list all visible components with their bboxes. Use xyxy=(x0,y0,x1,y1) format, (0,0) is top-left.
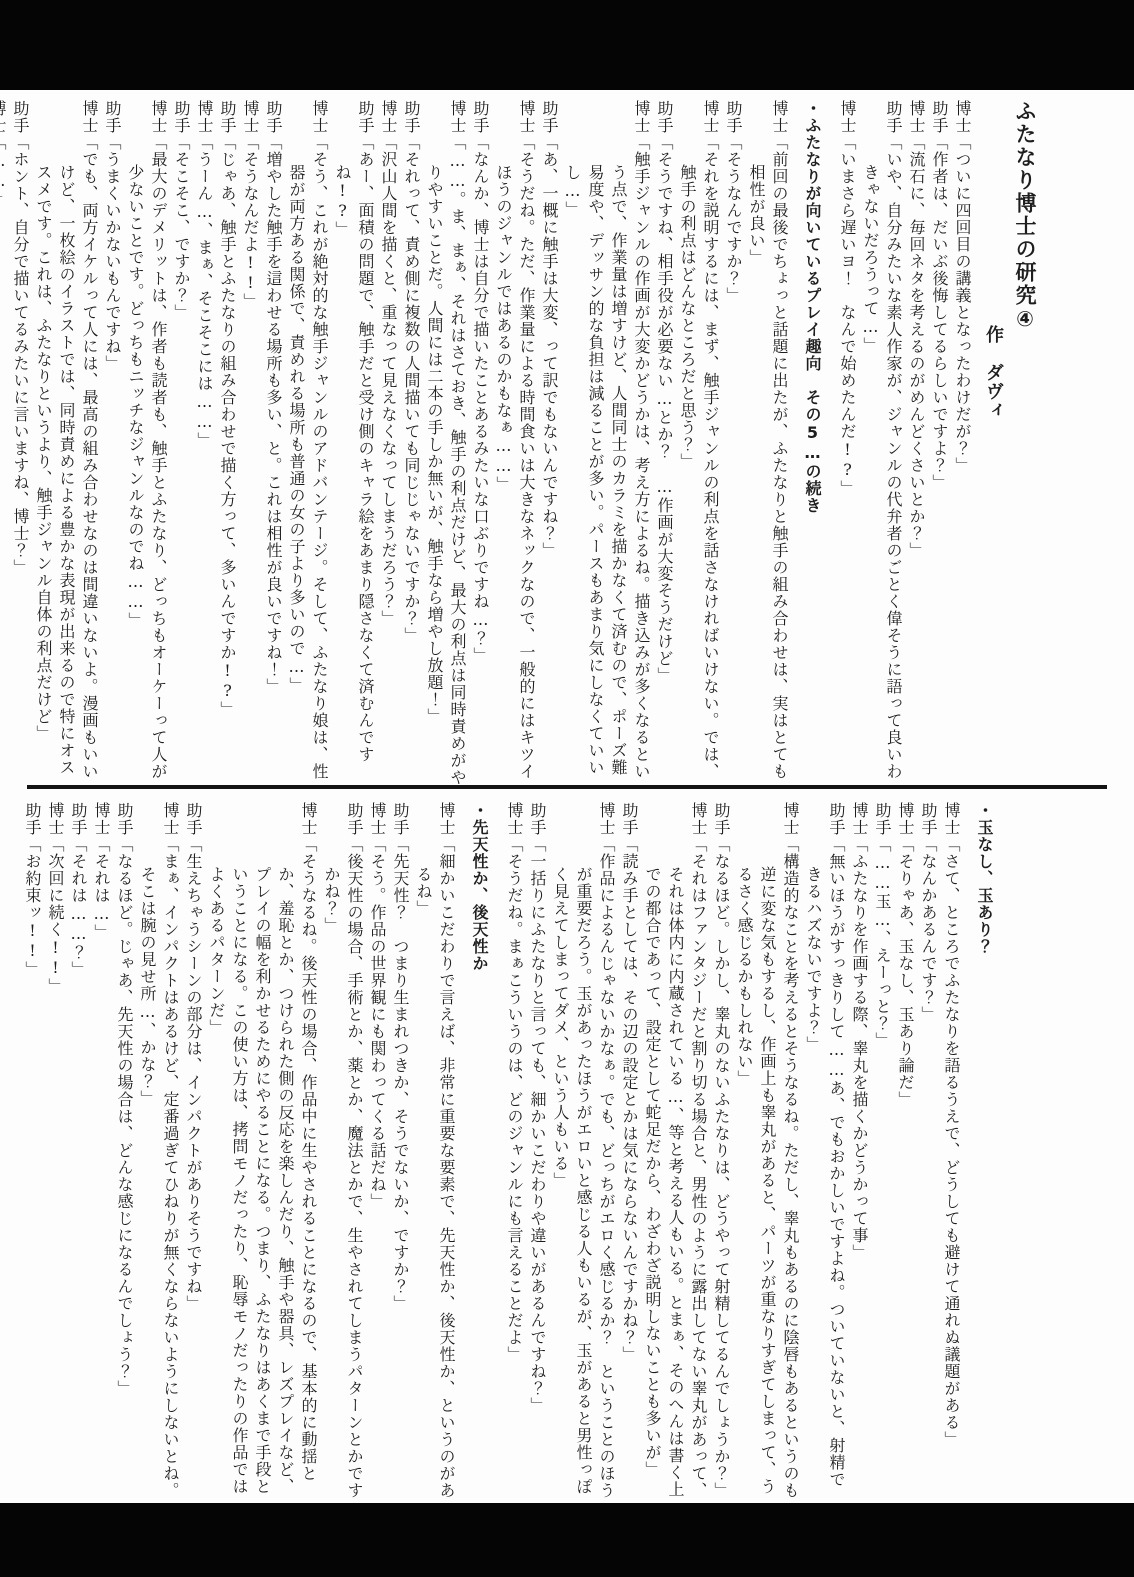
dialogue-line: 助手「増やした触手を這わせる場所も多い、と。これは相性が良いですね！」 xyxy=(262,100,285,792)
dialogue-line: 助手「お約束ッ!!」 xyxy=(21,802,44,1502)
dialogue-line: 博士「細かいこだわりで言えば、非常に重要な要素で、先天性か、後天性か、というのが… xyxy=(412,802,458,1502)
dialogue-line: 助手「……玉…、えーっと？」 xyxy=(871,802,894,1502)
dialogue-line: 助手「あ、一概に触手は大変、って訳でもないんですね？」 xyxy=(538,100,561,792)
dialogue-line: 助手「なんかあるんです？」 xyxy=(917,802,940,1502)
dialogue-line: 助手「なるほど。しかし、睾丸のないふたなりは、どうやって射精してるんでしょうか？… xyxy=(710,802,733,1502)
dialogue-line: 博士「そうなるね。後天性の場合、作品中に生やされることになるので、基本的に動揺と… xyxy=(205,802,320,1502)
to-be-continued-note: ……続きます。 xyxy=(0,802,1,1502)
dialogue-line: 助手「ホント、自分で描いてるみたいに言いますね、博士？」 xyxy=(9,100,32,792)
dialogue-line: 助手「いや、自分みたいな素人作家が、ジャンルの代弁者のごとく偉そうに語って良いわ… xyxy=(859,100,905,792)
dialogue-line: 博士「そうだね。ただ、作業量による時間食いは大きなネックなので、一般的にはキツイ… xyxy=(492,100,538,792)
section-divider-rule xyxy=(27,785,1107,789)
dialogue-line: 博士「そうだね。まぁこういうのは、どのジャンルにも言えることだよ」 xyxy=(503,802,526,1502)
dialogue-line: 助手「生えちゃうシーンの部分は、インパクトがありそうですね」 xyxy=(182,802,205,1502)
dialogue-line: 博士「流石に、毎回ネタを考えるのがめんどくさいとか？」 xyxy=(905,100,928,792)
section-heading-congenital: ・先天性か、後天性か xyxy=(468,802,491,1502)
dialogue-line: 助手「作者は、だいぶ後悔してるらしいですよ？」 xyxy=(928,100,951,792)
dialogue-line: 博士「沢山人間を描くと、重なって見えなくなってしまうだろう？」 xyxy=(377,100,400,792)
author-credit: 作 ダヴィ xyxy=(980,100,1006,792)
dialogue-line: 助手「読み手としては、その辺の設定とかは気にならないんですかね？」 xyxy=(618,802,641,1502)
dialogue-line: 助手「そうなんですか？」 xyxy=(722,100,745,792)
dialogue-line: 博士「そう、これが絶対的な触手ジャンルのアドバンテージ。そして、ふたなり娘は、性… xyxy=(285,100,331,792)
dialogue-line: 博士「……」 xyxy=(0,100,9,792)
dialogue-line: 助手「それは……？」 xyxy=(67,802,90,1502)
dialogue-line: 博士「さて、ところでふたなりを語るうえで、どうしても避けて通れぬ議題がある」 xyxy=(940,802,963,1502)
dialogue-line: 博士「ふたなりを作画する際、睾丸を描くかどうかって事」 xyxy=(848,802,871,1502)
dialogue-line: 博士「そう。作品の世界観にも関わってくる話だね」 xyxy=(366,802,389,1502)
dialogue-line: 博士「次回に続く!!」 xyxy=(44,802,67,1502)
dialogue-line: 助手「後天性の場合、手術とか、薬とか、魔法とかで、生やされてしまうパターンとかで… xyxy=(320,802,366,1502)
dialogue-line: 助手「なるほど。じゃあ、先天性の場合は、どんな感じになるんでしょう？」 xyxy=(113,802,136,1502)
page-title: ふたなり博士の研究④ xyxy=(1010,100,1040,792)
dialogue-line: 助手「うまくいかないもんですね」 xyxy=(101,100,124,792)
dialogue-line: 博士「それは…」 xyxy=(90,802,113,1502)
dialogue-line: 助手「なんか、博士は自分で描いたことあるみたいな口ぶりですね…？」 xyxy=(469,100,492,792)
dialogue-line: 助手「先天性？ つまり生まれつきか、そうでないか、ですか？」 xyxy=(389,802,412,1502)
page-sheet: ふたなり博士の研究④ 作 ダヴィ 博士「ついに四回目の講義となったわけだが？」 … xyxy=(0,90,1134,1503)
dialogue-line: 助手「無いほうがすっきりして……あ、でもおかしいですよね。ついていないと、射精で… xyxy=(802,802,848,1502)
dialogue-line: 助手「そこそこ、ですか？」 xyxy=(170,100,193,792)
dialogue-line: 博士「そりゃあ、玉なし、玉あり論だ」 xyxy=(894,802,917,1502)
dialogue-line: 博士「まぁ、インパクトはあるけど、定番過ぎてひねりが無くならないようにしないとね… xyxy=(136,802,182,1502)
top-section: ふたなり博士の研究④ 作 ダヴィ 博士「ついに四回目の講義となったわけだが？」 … xyxy=(18,100,1040,792)
dialogue-line: 助手「そうですね、相手役が必要ない…とか？ …作画が大変そうだけど」 xyxy=(653,100,676,792)
dialogue-line: 博士「それを説明するには、まず、触手ジャンルの利点を話さなければいけない。では、… xyxy=(676,100,722,792)
dialogue-line: 助手「それって、責め側に複数の人間描いても同じじゃないですか？」 xyxy=(400,100,423,792)
dialogue-line: 博士「触手ジャンルの作画が大変かどうかは、考え方によるね。描き込みが多くなるとい… xyxy=(561,100,653,792)
dialogue-line: 博士「うーん…、まぁ、そこそこには……」 xyxy=(193,100,216,792)
dialogue-line: 博士「そうなんだよ!!」 xyxy=(239,100,262,792)
bottom-black-bar xyxy=(0,1503,1134,1577)
top-black-bar xyxy=(0,0,1134,90)
dialogue-line: 博士「構造的なことを考えるとそうなるね。ただし、睾丸もあるのに陰唇もあるというの… xyxy=(733,802,802,1502)
dialogue-line: 博士「ついに四回目の講義となったわけだが？」 xyxy=(951,100,974,792)
dialogue-line: 助手「じゃあ、触手とふたなりの組み合わせで描く方って、多いんですか!?」 xyxy=(216,100,239,792)
dialogue-line: 博士「でも、両方イケルって人には、最高の組み合わせなのは間違いないよ。漫画もいい… xyxy=(32,100,101,792)
section-heading-play: ・ふたなりが向いているプレイ趣向 その5…の続き xyxy=(801,100,824,792)
dialogue-line: 博士「それはファンタジーだと割り切る場合と、男性のように露出してない睾丸があって… xyxy=(641,802,710,1502)
section-heading-balls: ・玉なし、玉あり？ xyxy=(973,802,996,1502)
dialogue-line: 博士「……。ま、まぁ、それはさておき、触手の利点だけど、最大の利点は同時責めがや… xyxy=(423,100,469,792)
dialogue-line: 博士「作品によるんじゃないかなぁ。でも、どっちがエロく感じるか？ ということのほ… xyxy=(549,802,618,1502)
document-page: ふたなり博士の研究④ 作 ダヴィ 博士「ついに四回目の講義となったわけだが？」 … xyxy=(0,0,1134,1577)
dialogue-line: 博士「最大のデメリットは、作者も読者も、触手とふたなり、どっちもオーケーって人が… xyxy=(124,100,170,792)
dialogue-line: 助手「あー、面積の問題で、触手だと受け側のキャラ絵をあまり隠さなくて済むんですね… xyxy=(331,100,377,792)
dialogue-line: 博士「いまさら遅いヨ！ なんで始めたんだ!?」 xyxy=(836,100,859,792)
dialogue-line: 助手「一括りにふたなりと言っても、細かいこだわりや違いがあるんですね？」 xyxy=(526,802,549,1502)
bottom-section: ・玉なし、玉あり？ 博士「さて、ところでふたなりを語るうえで、どうしても避けて通… xyxy=(6,802,1008,1502)
dialogue-line: 博士「前回の最後でちょっと話題に出たが、ふたなりと触手の組み合わせは、実はとても… xyxy=(745,100,791,792)
